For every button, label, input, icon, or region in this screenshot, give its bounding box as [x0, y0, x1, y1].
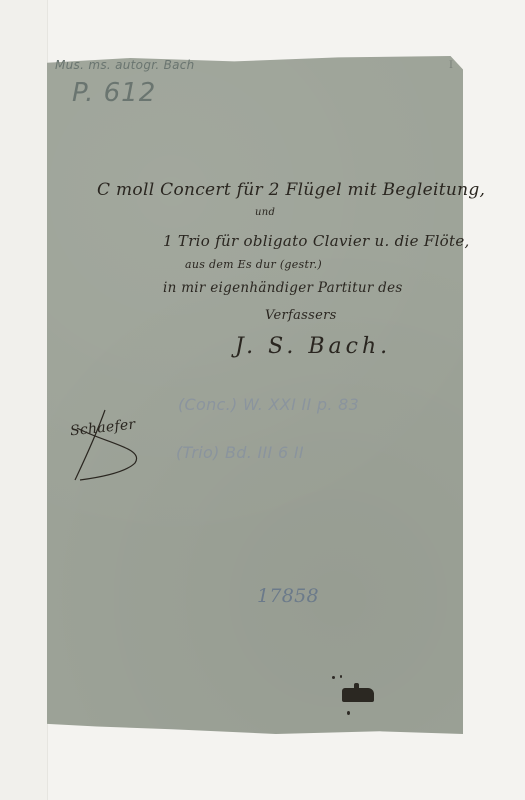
title-line-und: und [255, 207, 275, 218]
composer-signature: J. S. Bach. [235, 334, 391, 359]
ink-spot [340, 675, 342, 678]
title-line-2: 1 Trio für obligato Clavier u. die Flöte… [163, 232, 470, 250]
inventory-number: 17858 [257, 585, 319, 607]
title-line-5: Verfassers [265, 308, 337, 323]
ink-spot [347, 711, 350, 715]
ink-spot [332, 676, 335, 679]
shelf-mark: P. 612 [72, 78, 156, 108]
catalog-mark-2: (Trio) Bd. III 6 II [176, 443, 304, 462]
catalog-mark-1: (Conc.) W. XXI II p. 83 [178, 395, 359, 414]
mount-board-left [0, 0, 48, 800]
collection-label: Mus. ms. autogr. Bach [55, 58, 195, 72]
title-line-3: aus dem Es dur (gestr.) [185, 258, 322, 271]
ink-blot [342, 688, 374, 702]
title-line-4: in mir eigenhändiger Partitur des [163, 280, 403, 296]
corner-mark: I [449, 60, 453, 71]
title-line-1: C moll Concert für 2 Flügel mit Begleitu… [97, 180, 485, 200]
